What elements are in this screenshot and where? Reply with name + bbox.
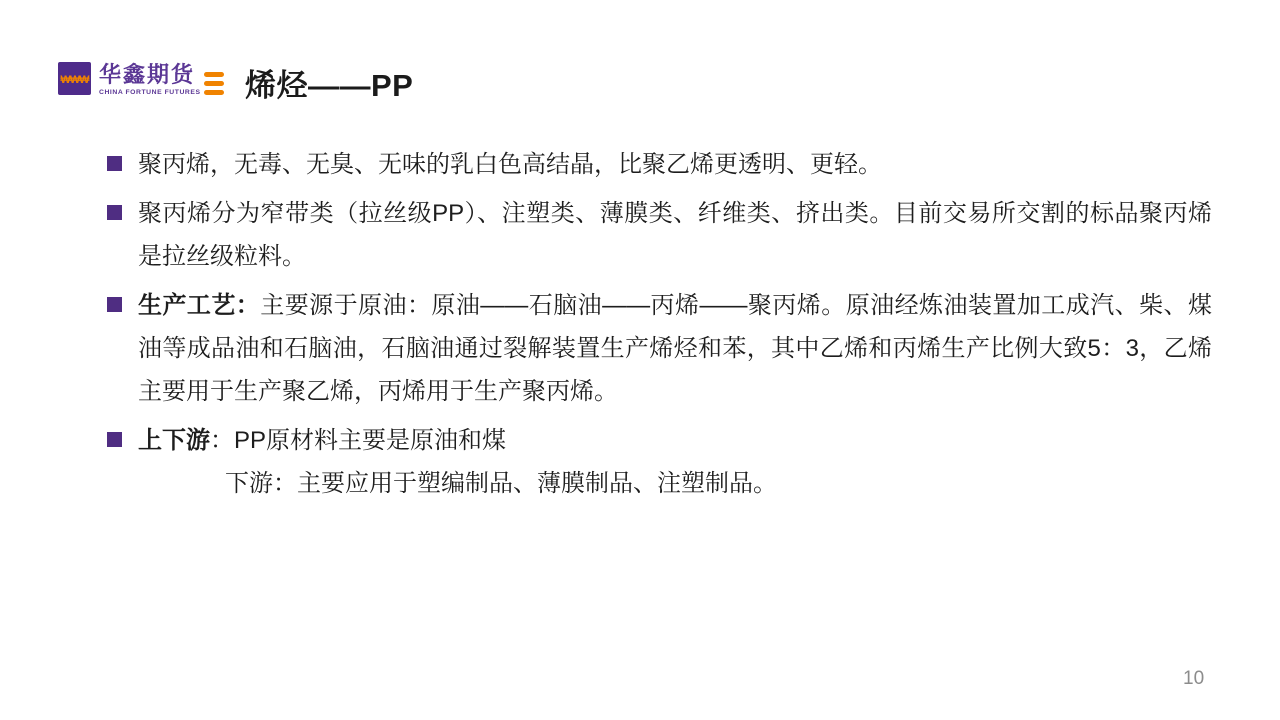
page-title: 烯烃——PP <box>245 60 413 105</box>
bullet-lead: 上下游 <box>138 427 210 454</box>
bullet-lead: 生产工艺： <box>138 292 260 319</box>
bullet-subline: 下游：主要应用于塑编制品、薄膜制品、注塑制品。 <box>138 462 1212 505</box>
bullet-square-icon <box>107 297 122 312</box>
bullet-line: 上下游：PP原材料主要是原油和煤 <box>138 419 1212 462</box>
bullet-text: 聚丙烯，无毒、无臭、无味的乳白色高结晶，比聚乙烯更透明、更轻。 <box>138 143 1212 186</box>
logo-mark-glyphs: ₩₩₩ <box>60 75 88 86</box>
bullet-square-icon <box>107 205 122 220</box>
bullet-square-icon <box>107 156 122 171</box>
slide-body: 聚丙烯，无毒、无臭、无味的乳白色高结晶，比聚乙烯更透明、更轻。 聚丙烯分为窄带类… <box>107 143 1212 511</box>
brand-wordmark: 华鑫期货 CHINA FORTUNE FUTURES <box>99 63 209 96</box>
bar <box>204 90 224 95</box>
bullet-body: 聚丙烯，无毒、无臭、无味的乳白色高结晶，比聚乙烯更透明、更轻。 <box>138 151 882 178</box>
bar <box>204 81 224 86</box>
bullet-text: 聚丙烯分为窄带类（拉丝级PP）、注塑类、薄膜类、纤维类、挤出类。目前交易所交割的… <box>138 192 1212 278</box>
bullet-body: 聚丙烯分为窄带类（拉丝级PP）、注塑类、薄膜类、纤维类、挤出类。目前交易所交割的… <box>138 200 1212 270</box>
page-number: 10 <box>1183 668 1204 690</box>
bar <box>204 72 224 77</box>
bullet-item: 上下游：PP原材料主要是原油和煤 下游：主要应用于塑编制品、薄膜制品、注塑制品。 <box>107 419 1212 505</box>
bullet-square-icon <box>107 432 122 447</box>
bullet-text: 上下游：PP原材料主要是原油和煤 下游：主要应用于塑编制品、薄膜制品、注塑制品。 <box>138 419 1212 505</box>
brand-name-cn: 华鑫期货 <box>99 63 209 87</box>
triple-bar-icon <box>204 72 224 95</box>
bullet-item: 聚丙烯分为窄带类（拉丝级PP）、注塑类、薄膜类、纤维类、挤出类。目前交易所交割的… <box>107 192 1212 278</box>
brand-logo-icon: ₩₩₩ <box>58 62 91 95</box>
bullet-item: 生产工艺：主要源于原油：原油——石脑油——丙烯——聚丙烯。原油经炼油装置加工成汽… <box>107 284 1212 413</box>
brand-name-en: CHINA FORTUNE FUTURES <box>99 89 209 96</box>
bullet-text: 生产工艺：主要源于原油：原油——石脑油——丙烯——聚丙烯。原油经炼油装置加工成汽… <box>138 284 1212 413</box>
bullet-item: 聚丙烯，无毒、无臭、无味的乳白色高结晶，比聚乙烯更透明、更轻。 <box>107 143 1212 186</box>
bullet-body: ：PP原材料主要是原油和煤 <box>210 427 506 454</box>
bullet-body: 主要源于原油：原油——石脑油——丙烯——聚丙烯。原油经炼油装置加工成汽、柴、煤油… <box>138 292 1212 405</box>
